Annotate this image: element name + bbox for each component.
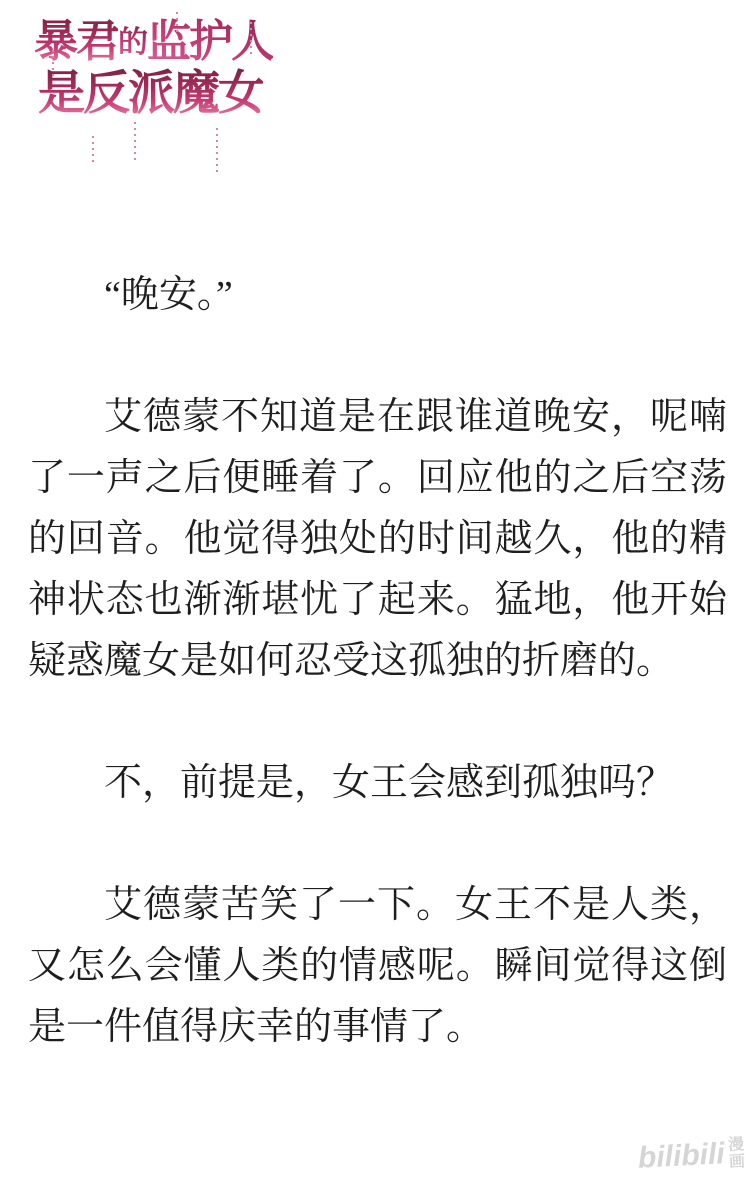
bilibili-manga-watermark: bilibili 漫 画 [637,1136,745,1176]
logo-ornament-dotted-line [216,128,218,174]
paragraph-narration-1: 艾德蒙不知道是在跟谁道晚安，呢喃了一声之后便睡着了。回应他的之后空荡的回音。他觉… [28,387,727,692]
paragraph-narration-2: 不，前提是，女王会感到孤独吗？ [28,753,727,814]
logo-title-line1-small: 的 [118,26,147,59]
paragraph-dialogue: “晚安。” [28,265,727,326]
novel-text-page: 暴君的监护人 是反派魔女 “晚安。” 艾德蒙不知道是在跟谁道晚安，呢喃了一声之后… [0,0,753,1191]
logo-ornament-dotted-line [176,12,178,36]
manhua-label: 漫 画 [728,1136,746,1171]
logo-ornament-dotted-line [250,22,252,56]
logo-ornament-dotted-line [52,50,54,76]
logo-title-line2-text: 是反派魔女 [38,68,263,120]
manhua-label-char1: 漫 [728,1136,745,1154]
logo-title-line1: 暴君的监护人 [34,20,273,64]
paragraph-narration-3: 艾德蒙苦笑了一下。女王不是人类，又怎么会懂人类的情感呢。瞬间觉得这倒是一件值得庆… [28,875,727,1058]
novel-text-body: “晚安。” 艾德蒙不知道是在跟谁道晚安，呢喃了一声之后便睡着了。回应他的之后空荡… [28,265,727,1119]
bilibili-wordmark: bilibili [637,1137,725,1175]
series-title-logo: 暴君的监护人 是反派魔女 [34,20,273,118]
logo-ornament-dotted-line [134,122,136,162]
logo-title-line2: 是反派魔女 [38,71,273,118]
logo-title-line1-part1: 暴君 [34,17,118,66]
logo-title-line1-part2: 监护人 [147,17,273,66]
manhua-label-char2: 画 [729,1153,746,1171]
logo-ornament-dotted-line [92,136,94,166]
